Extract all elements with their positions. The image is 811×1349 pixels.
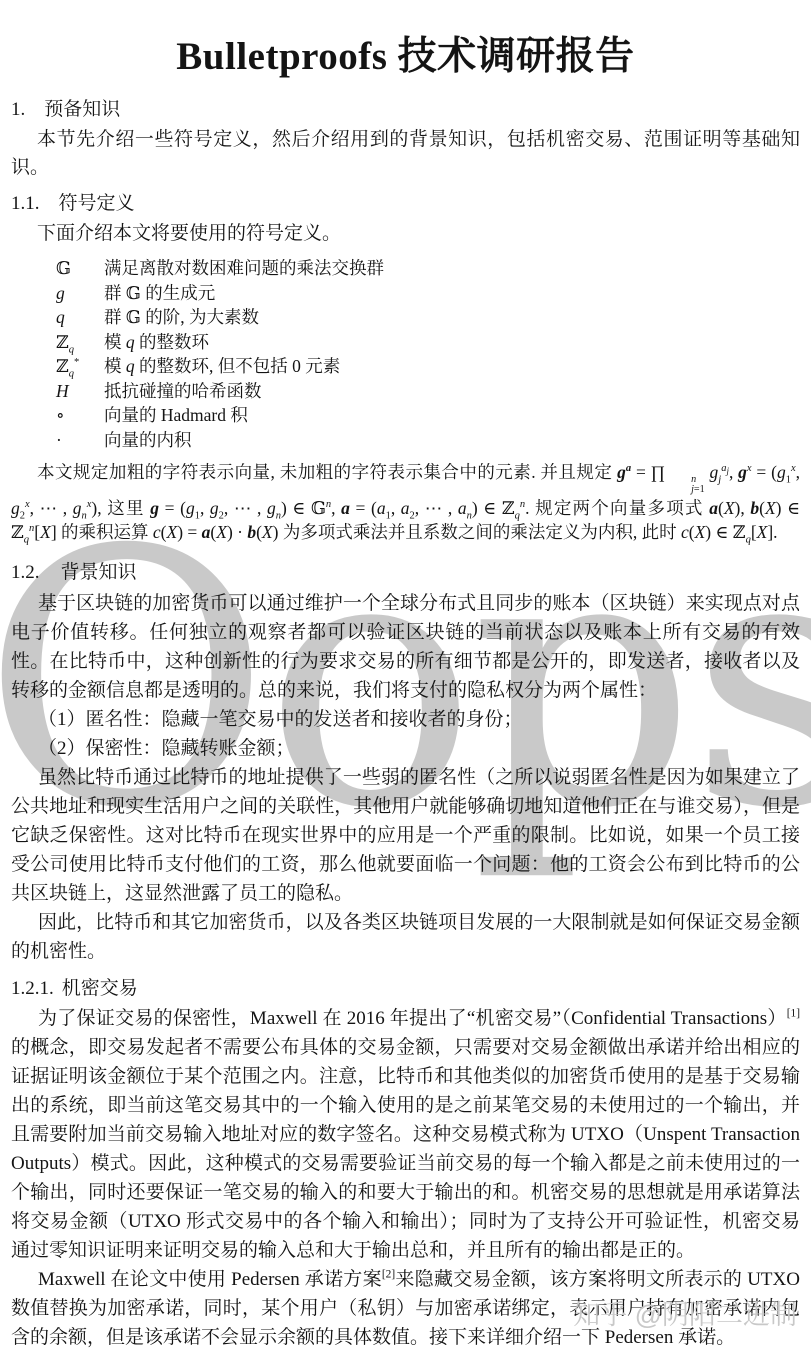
symbol-glyph: 𝔾 xyxy=(56,256,104,281)
section-1-intro-paragraph: 本节先介绍一些符号定义，然后介绍用到的背景知识，包括机密交易、范围证明等基础知识… xyxy=(11,126,800,182)
section-1-1-title: 符号定义 xyxy=(59,193,135,214)
section-1-2-1-number: 1.2.1. xyxy=(11,978,54,1000)
symbol-row: g 群 𝔾 的生成元 xyxy=(56,281,800,306)
symbol-glyph: ℤq xyxy=(56,330,104,355)
section-1-1-heading: 1.1.符号定义 xyxy=(11,188,800,215)
symbol-definition-table: 𝔾 满足离散对数困难问题的乘法交换群 g 群 𝔾 的生成元 q 群 𝔾 的阶, … xyxy=(56,256,800,452)
symbol-description: 模 q 的整数环, 但不包括 0 元素 xyxy=(104,354,800,379)
section-1-1-number: 1.1. xyxy=(11,193,40,215)
notation-paragraph: 本文规定加粗的字符表示向量, 未加粗的字符表示集合中的元素. 并且规定 ga =… xyxy=(11,460,800,544)
section-1-2-1-title: 机密交易 xyxy=(62,978,138,999)
symbol-glyph: g xyxy=(56,281,104,306)
symbol-description: 满足离散对数困难问题的乘法交换群 xyxy=(104,256,800,281)
section-1-title: 预备知识 xyxy=(44,99,120,120)
symbol-description: 抵抗碰撞的哈希函数 xyxy=(104,379,800,404)
symbol-glyph: H xyxy=(56,379,104,404)
symbol-description: 向量的 Hadmard 积 xyxy=(104,403,800,428)
symbol-glyph: ℤq* xyxy=(56,354,104,379)
section-1-2-title: 背景知识 xyxy=(61,562,137,583)
symbol-description: 模 q 的整数环 xyxy=(104,330,800,355)
document-page: Oops! Bulletproofs 技术调研报告 1.预备知识 本节先介绍一些… xyxy=(0,0,811,1349)
symbol-row: H 抵抗碰撞的哈希函数 xyxy=(56,379,800,404)
symbol-row: ℤq 模 q 的整数环 xyxy=(56,330,800,355)
symbol-row: ∘ 向量的 Hadmard 积 xyxy=(56,403,800,428)
symbol-description: 群 𝔾 的生成元 xyxy=(104,281,800,306)
symbol-glyph: · xyxy=(56,428,104,453)
symbol-row: ℤq* 模 q 的整数环, 但不包括 0 元素 xyxy=(56,354,800,379)
symbol-row: 𝔾 满足离散对数困难问题的乘法交换群 xyxy=(56,256,800,281)
symbol-glyph: ∘ xyxy=(56,403,104,428)
list-item-anonymity: （1）匿名性：隐藏一笔交易中的发送者和接收者的身份； xyxy=(11,705,800,734)
symbol-description: 向量的内积 xyxy=(104,428,800,453)
document-title: Bulletproofs 技术调研报告 xyxy=(11,25,800,81)
zhihu-watermark: 知乎 @阴阳二进制 xyxy=(573,1301,797,1331)
background-paragraph-2: 虽然比特币通过比特币的地址提供了一些弱的匿名性（之所以说弱匿名性是因为如果建立了… xyxy=(11,763,800,908)
section-1-2-number: 1.2. xyxy=(11,562,40,584)
section-1-number: 1. xyxy=(11,99,25,121)
section-1-2-1-heading: 1.2.1.机密交易 xyxy=(11,973,800,1000)
document-content: Bulletproofs 技术调研报告 1.预备知识 本节先介绍一些符号定义，然… xyxy=(0,25,811,1349)
symbol-description: 群 𝔾 的阶, 为大素数 xyxy=(104,305,800,330)
section-1-1-intro-paragraph: 下面介绍本文将要使用的符号定义。 xyxy=(11,220,800,248)
list-item-confidentiality: （2）保密性：隐藏转账金额； xyxy=(11,734,800,763)
symbol-glyph: q xyxy=(56,305,104,330)
symbol-row: · 向量的内积 xyxy=(56,428,800,453)
symbol-row: q 群 𝔾 的阶, 为大素数 xyxy=(56,305,800,330)
background-paragraph-3: 因此，比特币和其它加密货币，以及各类区块链项目发展的一大限制就是如何保证交易金额… xyxy=(11,908,800,966)
confidential-transactions-paragraph-1: 为了保证交易的保密性，Maxwell 在 2016 年提出了“机密交易”（Con… xyxy=(11,1004,800,1265)
background-paragraph-1: 基于区块链的加密货币可以通过维护一个全球分布式且同步的账本（区块链）来实现点对点… xyxy=(11,589,800,705)
section-1-2-heading: 1.2.背景知识 xyxy=(11,557,800,584)
section-1-heading: 1.预备知识 xyxy=(11,94,800,121)
